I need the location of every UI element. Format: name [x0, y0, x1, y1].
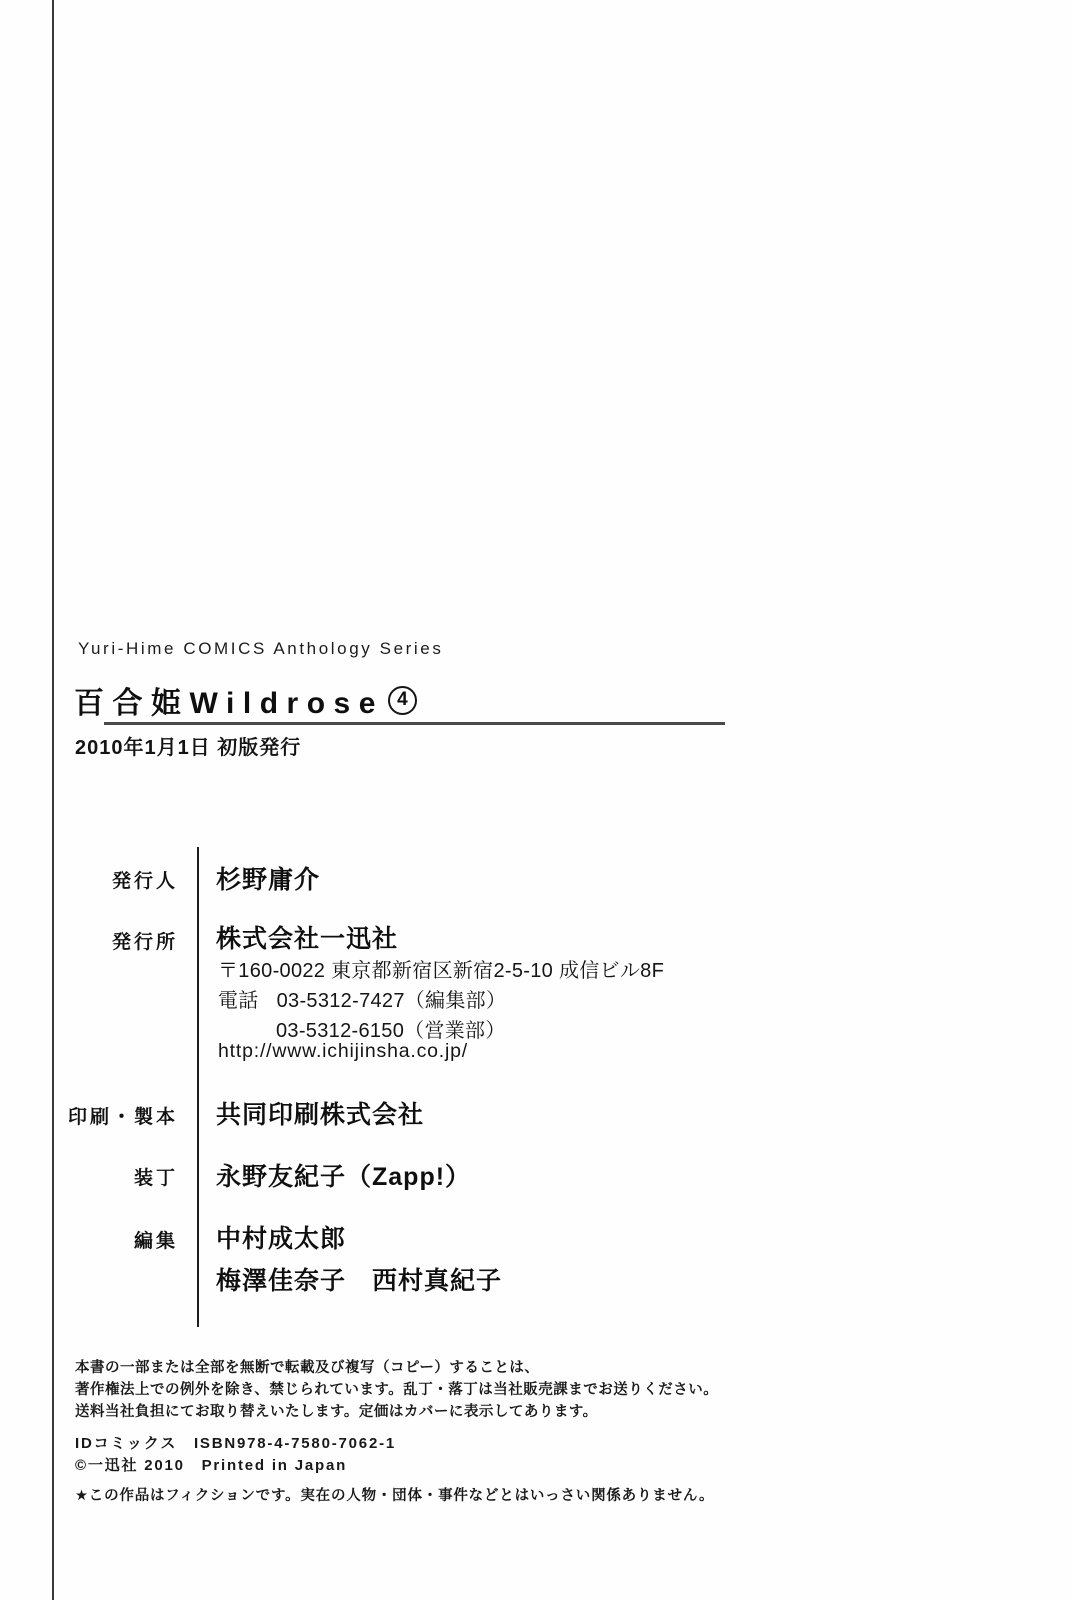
value-editing-second: 梅澤佳奈子 西村真紀子: [216, 1261, 502, 1297]
copyright-notice-line-3: 送料当社負担にてお取り替えいたします。定価はカバーに表示してあります。: [75, 1400, 598, 1421]
value-editing: 中村成太郎: [216, 1219, 346, 1255]
volume-number-badge: 4: [388, 686, 417, 715]
value-printing: 共同印刷株式会社: [216, 1095, 424, 1131]
copyright-notice-line-1: 本書の一部または全部を無断で転載及び複写（コピー）することは、: [75, 1356, 539, 1377]
series-label: Yuri-Hime COMICS Anthology Series: [78, 639, 443, 659]
book-title: 百合姫Wildrose 4: [74, 678, 417, 722]
label-editing: 編集: [50, 1226, 178, 1253]
value-publisher: 株式会社一迅社: [216, 919, 398, 955]
title-underline: [104, 722, 725, 725]
isbn-line: IDコミックス ISBN978-4-7580-7062-1: [75, 1432, 396, 1453]
publisher-phone-editorial-row: 電話 03-5312-7427（編集部）: [218, 984, 506, 1013]
copyright-line: ©一迅社 2010 Printed in Japan: [75, 1454, 347, 1475]
label-printing: 印刷・製本: [50, 1102, 178, 1129]
phone-sales: 03-5312-6150（営業部）: [276, 1014, 506, 1043]
edition-date: 2010年1月1日 初版発行: [75, 731, 301, 760]
phone-label: 電話: [218, 984, 259, 1013]
copyright-notice-line-2: 著作権法上での例外を除き、禁じられています。乱丁・落丁は当社販売課までお送りくだ…: [75, 1378, 718, 1399]
label-design: 装丁: [50, 1163, 178, 1190]
fiction-disclaimer: ★この作品はフィクションです。実在の人物・団体・事件などとはいっさい関係ありませ…: [75, 1484, 714, 1505]
phone-editorial: 03-5312-7427（編集部）: [277, 984, 507, 1013]
publisher-address: 〒160-0022 東京都新宿区新宿2-5-10 成信ビル8F: [218, 954, 664, 983]
value-publisher-person: 杉野庸介: [216, 860, 320, 896]
label-value-divider: [197, 847, 199, 1327]
colophon-page: Yuri-Hime COMICS Anthology Series 百合姫Wil…: [0, 0, 1071, 1600]
value-design: 永野友紀子（Zapp!）: [216, 1157, 471, 1193]
page-edge-line: [52, 0, 54, 1600]
label-publisher-person: 発行人: [50, 866, 178, 893]
publisher-url: http://www.ichijinsha.co.jp/: [218, 1040, 468, 1063]
book-title-text: 百合姫Wildrose: [74, 678, 384, 722]
label-publisher: 発行所: [50, 927, 178, 954]
